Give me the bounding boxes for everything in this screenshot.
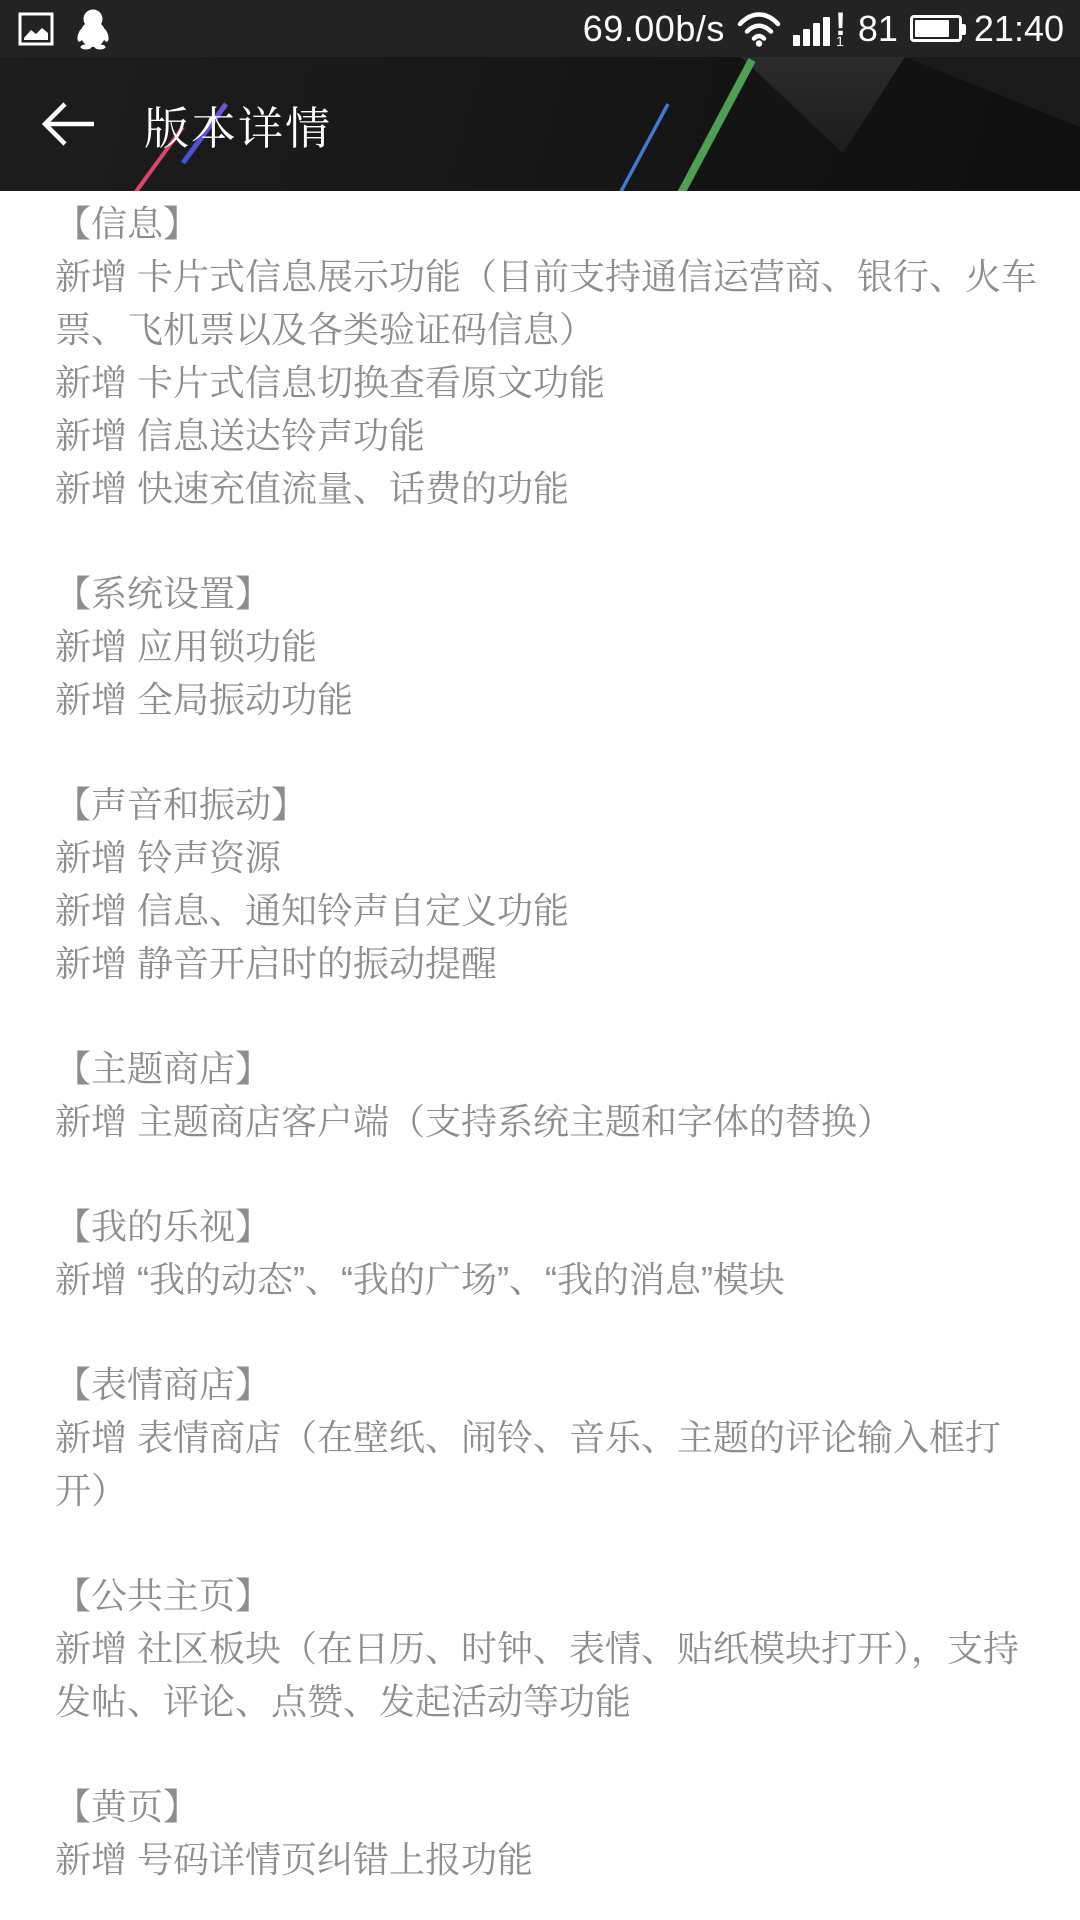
facet-corner	[905, 57, 1080, 127]
changelog-section: 【我的乐视】 新增 “我的动态”、“我的广场”、“我的消息”模块	[55, 1200, 1040, 1306]
section-heading: 【表情商店】	[55, 1358, 1040, 1411]
clock: 21:40	[974, 8, 1064, 50]
changelog-section: 【黄页】 新增 号码详情页纠错上报功能	[55, 1780, 1040, 1886]
section-heading: 【声音和振动】	[55, 778, 1040, 831]
battery-percent: 81	[858, 8, 898, 50]
changelog-content: 【信息】 新增 卡片式信息展示功能（目前支持通信运营商、银行、火车票、飞机票以及…	[0, 191, 1080, 1886]
network-speed: 69.00b/s	[583, 8, 725, 50]
status-bar-left	[16, 8, 112, 50]
section-heading: 【信息】	[55, 197, 1040, 250]
battery-icon	[910, 15, 962, 42]
facet-triangle	[741, 57, 905, 153]
status-bar: 69.00b/s ! 1 81 21:40	[0, 0, 1080, 57]
signal-strength-icon: ! 1	[793, 12, 846, 46]
changelog-item: 新增 信息送达铃声功能	[55, 409, 1040, 462]
screenshot-notification-icon	[16, 9, 56, 49]
decor-green-line	[678, 60, 752, 191]
section-heading: 【黄页】	[55, 1780, 1040, 1833]
changelog-item: 新增 静音开启时的振动提醒	[55, 937, 1040, 990]
changelog-item: 新增 社区板块（在日历、时钟、表情、贴纸模块打开），支持发帖、评论、点赞、发起活…	[55, 1622, 1040, 1728]
signal-bar	[823, 17, 830, 46]
status-bar-right: 69.00b/s ! 1 81 21:40	[583, 8, 1064, 50]
changelog-section: 【信息】 新增 卡片式信息展示功能（目前支持通信运营商、银行、火车票、飞机票以及…	[55, 197, 1040, 515]
section-heading: 【我的乐视】	[55, 1200, 1040, 1253]
changelog-item: 新增 快速充值流量、话费的功能	[55, 462, 1040, 515]
changelog-section: 【公共主页】 新增 社区板块（在日历、时钟、表情、贴纸模块打开），支持发帖、评论…	[55, 1569, 1040, 1728]
battery-fill	[915, 20, 949, 37]
changelog-item: 新增 卡片式信息展示功能（目前支持通信运营商、银行、火车票、飞机票以及各类验证码…	[55, 250, 1040, 356]
battery-nub	[962, 24, 966, 35]
changelog-item: 新增 “我的动态”、“我的广场”、“我的消息”模块	[55, 1253, 1040, 1306]
qq-notification-icon	[74, 8, 112, 50]
changelog-item: 新增 应用锁功能	[55, 620, 1040, 673]
changelog-item: 新增 号码详情页纠错上报功能	[55, 1833, 1040, 1886]
signal-bar	[793, 35, 800, 46]
section-heading: 【公共主页】	[55, 1569, 1040, 1622]
wifi-icon	[737, 11, 781, 47]
changelog-item: 新增 表情商店（在壁纸、闹铃、音乐、主题的评论输入框打开）	[55, 1411, 1040, 1517]
changelog-item: 新增 铃声资源	[55, 831, 1040, 884]
changelog-section: 【表情商店】 新增 表情商店（在壁纸、闹铃、音乐、主题的评论输入框打开）	[55, 1358, 1040, 1517]
changelog-section: 【声音和振动】 新增 铃声资源新增 信息、通知铃声自定义功能新增 静音开启时的振…	[55, 778, 1040, 990]
changelog-item: 新增 卡片式信息切换查看原文功能	[55, 356, 1040, 409]
changelog-item: 新增 主题商店客户端（支持系统主题和字体的替换）	[55, 1095, 1040, 1148]
changelog-section: 【主题商店】 新增 主题商店客户端（支持系统主题和字体的替换）	[55, 1042, 1040, 1148]
changelog-section: 【系统设置】 新增 应用锁功能新增 全局振动功能	[55, 567, 1040, 726]
sim-slot-number: 1	[836, 34, 844, 48]
app-bar: 版本详情	[0, 57, 1080, 191]
back-arrow-icon	[38, 98, 100, 150]
signal-bar	[803, 29, 810, 46]
section-heading: 【主题商店】	[55, 1042, 1040, 1095]
page-title: 版本详情	[144, 92, 332, 157]
signal-bar	[813, 23, 820, 46]
section-heading: 【系统设置】	[55, 567, 1040, 620]
decor-blue-line	[618, 104, 668, 191]
changelog-item: 新增 全局振动功能	[55, 673, 1040, 726]
screen: 69.00b/s ! 1 81 21:40	[0, 0, 1080, 1920]
changelog-item: 新增 信息、通知铃声自定义功能	[55, 884, 1040, 937]
back-button[interactable]	[34, 89, 104, 159]
